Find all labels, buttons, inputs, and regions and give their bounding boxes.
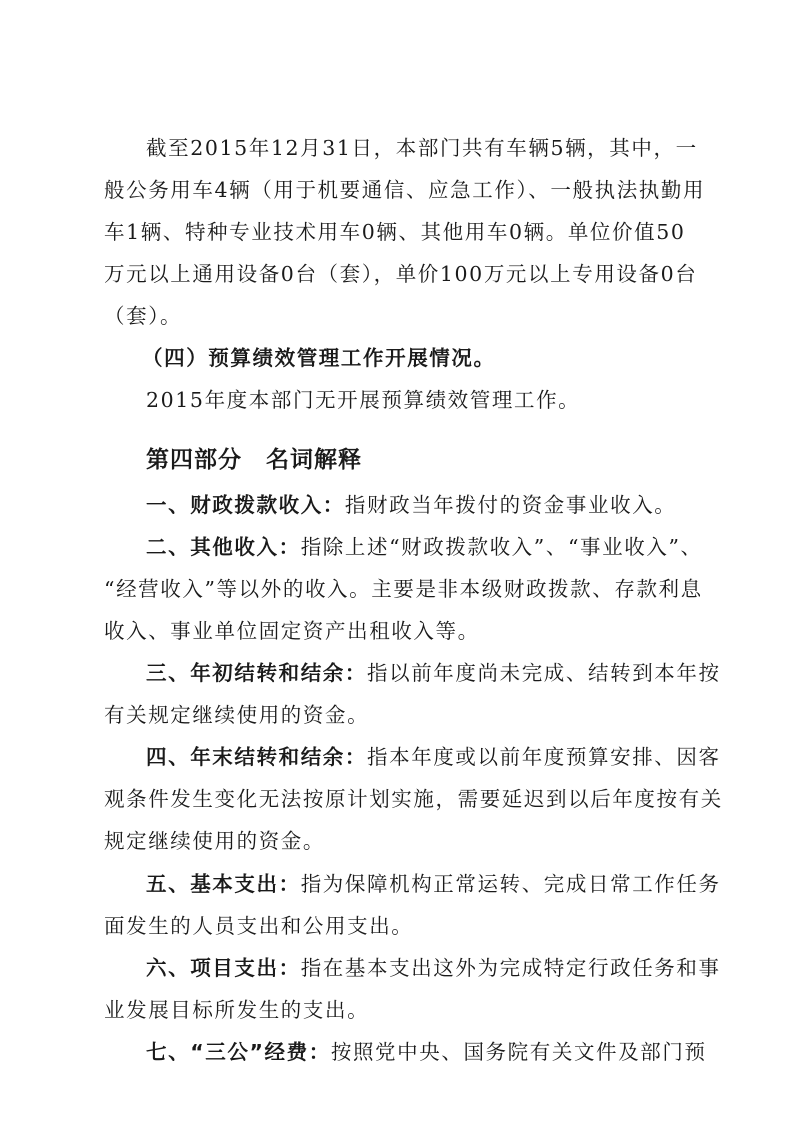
subsection-heading: （四）预算绩效管理工作开展情况。 xyxy=(142,345,496,371)
term-label: 二、其他收入： xyxy=(146,535,301,559)
term-label: 五、基本支出： xyxy=(146,872,301,896)
term-item: 二、其他收入：指除上述“财政拨款收入”、“事业收入”、 xyxy=(146,534,703,560)
term-item: 四、年末结转和结余：指本年度或以前年度预算安排、因客 xyxy=(146,744,721,770)
term-definition-line: 有关规定继续使用的资金。 xyxy=(104,702,369,728)
paragraph-line: （套）。 xyxy=(104,303,182,329)
paragraph-line: 截至2015年12月31日，本部门共有车辆5辆，其中，一 xyxy=(146,135,698,161)
term-item: 一、财政拨款收入：指财政当年拨付的资金事业收入。 xyxy=(146,492,676,518)
term-item: 三、年初结转和结余：指以前年度尚未完成、结转到本年按 xyxy=(146,660,721,686)
term-definition: 指以前年度尚未完成、结转到本年按 xyxy=(367,661,721,685)
term-definition-line: 规定继续使用的资金。 xyxy=(104,828,325,854)
term-label: 三、年初结转和结余： xyxy=(146,661,367,685)
term-definition: 指为保障机构正常运转、完成日常工作任务 xyxy=(301,872,721,896)
term-definition-line: 面发生的人员支出和公用支出。 xyxy=(104,913,413,939)
term-definition-line: 收入、事业单位固定资产出租收入等。 xyxy=(104,618,480,644)
term-definition-line: 业发展目标所发生的支出。 xyxy=(104,997,369,1023)
paragraph-line: 般公务用车4辆（用于机要通信、应急工作）、一般执法执勤用 xyxy=(104,177,705,203)
paragraph-line: 万元以上通用设备0台（套），单价100万元以上专用设备0台 xyxy=(104,261,697,287)
term-definition: 指除上述“财政拨款收入”、“事业收入”、 xyxy=(301,535,703,559)
term-label: 六、项目支出： xyxy=(146,956,301,980)
term-item: 六、项目支出：指在基本支出这外为完成特定行政任务和事 xyxy=(146,955,721,981)
term-definition: 指在基本支出这外为完成特定行政任务和事 xyxy=(301,956,721,980)
term-label: 七、“三公”经费： xyxy=(146,1040,331,1064)
term-definition-line: 观条件发生变化无法按原计划实施，需要延迟到以后年度按有关 xyxy=(104,786,723,812)
term-definition: 指本年度或以前年度预算安排、因客 xyxy=(367,745,721,769)
term-label: 一、财政拨款收入： xyxy=(146,493,345,517)
term-definition: 按照党中央、国务院有关文件及部门预 xyxy=(331,1040,707,1064)
term-item: 七、“三公”经费：按照党中央、国务院有关文件及部门预 xyxy=(146,1039,707,1065)
term-item: 五、基本支出：指为保障机构正常运转、完成日常工作任务 xyxy=(146,871,721,897)
paragraph-line: 车1辆、特种专业技术用车0辆、其他用车0辆。单位价值50 xyxy=(104,219,686,245)
term-definition-line: “经营收入”等以外的收入。主要是非本级财政拨款、存款利息 xyxy=(104,576,703,602)
part-title: 第四部分 名词解释 xyxy=(146,447,362,473)
term-definition: 指财政当年拨付的资金事业收入。 xyxy=(345,493,677,517)
term-label: 四、年末结转和结余： xyxy=(146,745,367,769)
subsection-body: 2015年度本部门无开展预算绩效管理工作。 xyxy=(146,387,580,413)
